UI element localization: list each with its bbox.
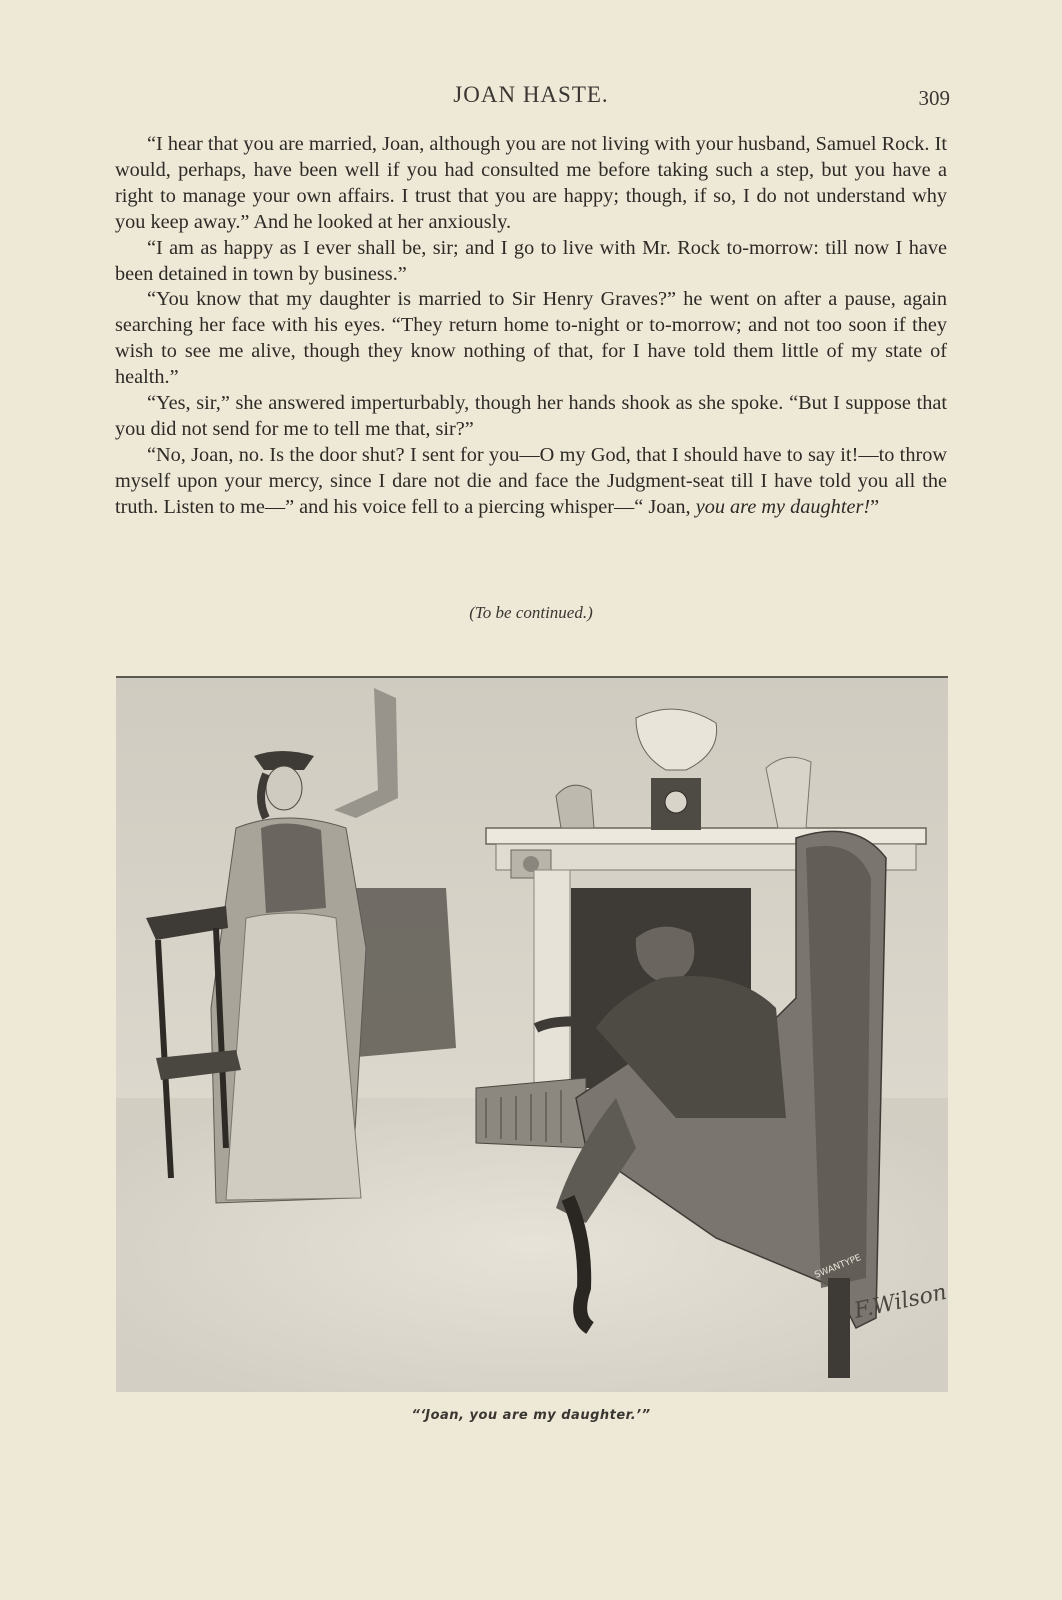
paragraph: “No, Joan, no. Is the door shut? I sent … — [115, 443, 947, 521]
closing-quote: ” — [870, 496, 879, 518]
illustration: SWANTYPE F.Wilson — [116, 676, 948, 1392]
illustration-drawing: SWANTYPE F.Wilson — [116, 678, 948, 1392]
page-number: 309 — [919, 86, 951, 111]
running-head: JOAN HASTE. 309 — [0, 82, 1062, 112]
paragraph: “Yes, sir,” she answered imperturbably, … — [115, 391, 947, 443]
paragraph: “I hear that you are married, Joan, alth… — [115, 132, 947, 236]
woman-bodice — [261, 823, 326, 913]
italic-emphasis: you are my daughter! — [696, 496, 870, 518]
paragraph: “I am as happy as I ever shall be, sir; … — [115, 236, 947, 288]
paragraph: “You know that my daughter is married to… — [115, 287, 947, 391]
illustration-caption: “‘Joan, you are my daughter.’” — [0, 1408, 1062, 1423]
running-title: JOAN HASTE. — [0, 82, 1062, 108]
to-be-continued-note: (To be continued.) — [0, 603, 1062, 623]
body-text: “I hear that you are married, Joan, alth… — [115, 132, 947, 521]
woman-face — [266, 766, 302, 810]
vase-left — [556, 785, 594, 828]
